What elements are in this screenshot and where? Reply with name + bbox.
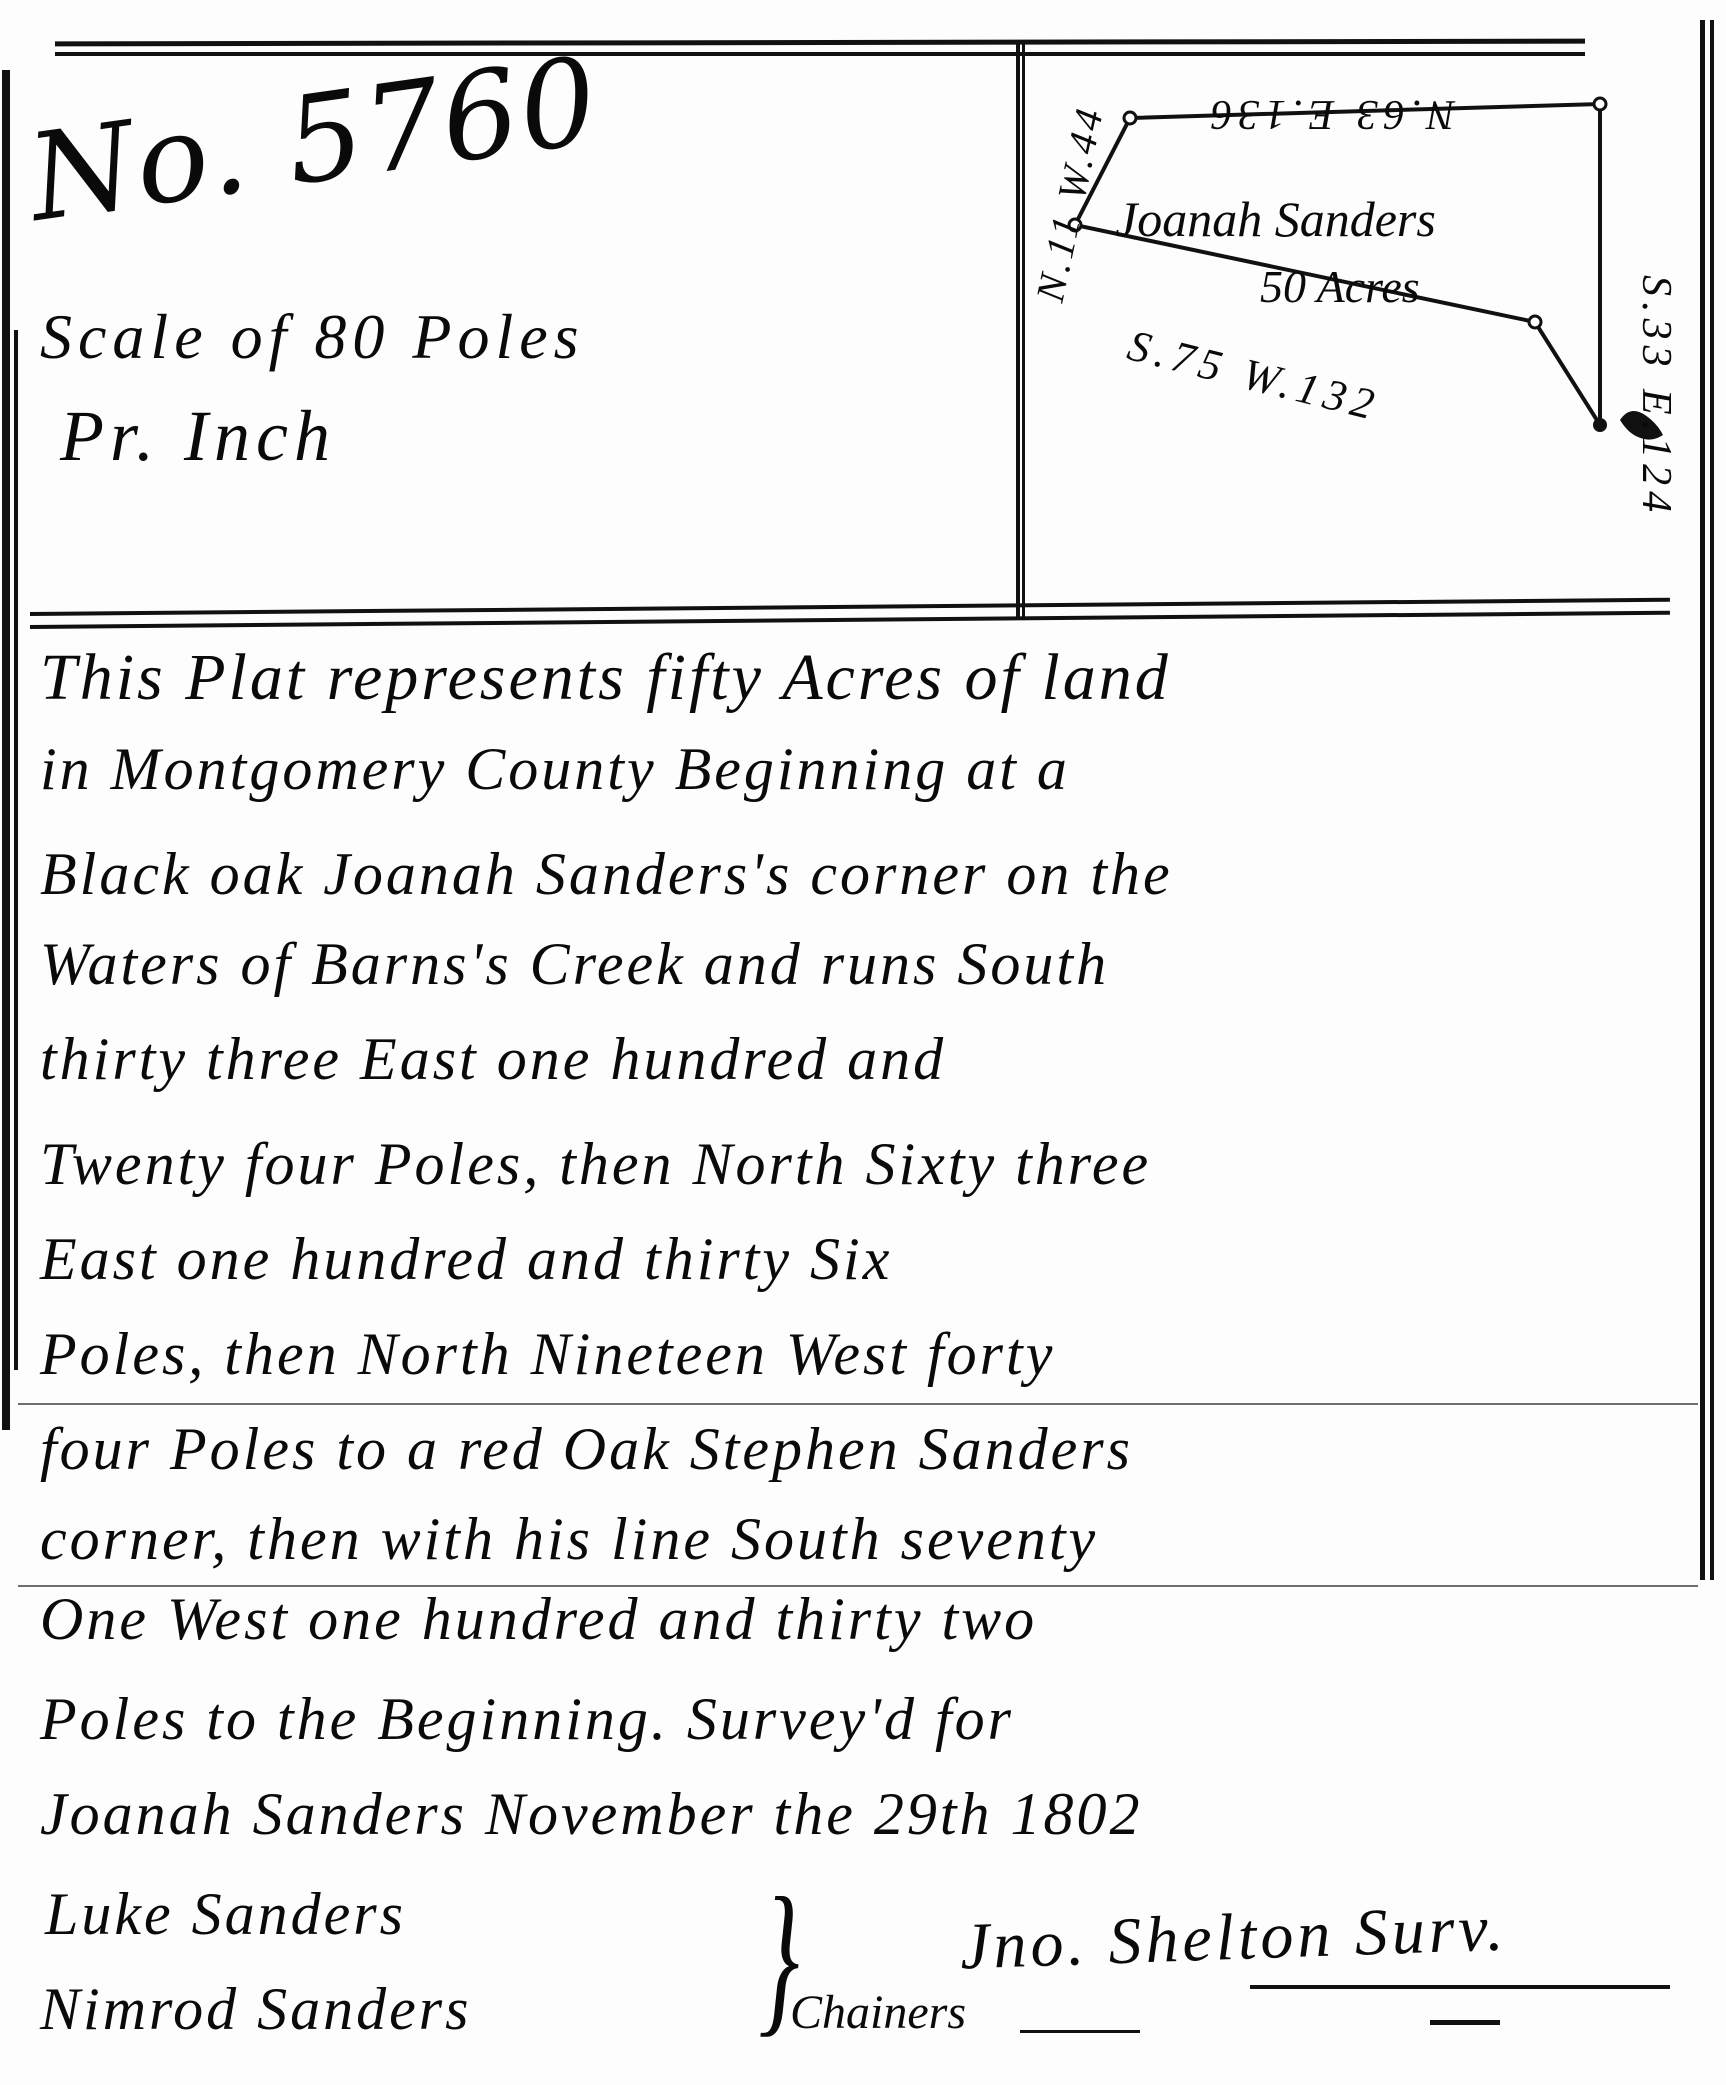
corner-marker-icon bbox=[1529, 316, 1541, 328]
faint-ruled-line bbox=[18, 1403, 1698, 1405]
right-border-rule bbox=[1700, 20, 1705, 1580]
ink-mark bbox=[1430, 2020, 1500, 2025]
scale-line-1: Scale of 80 Poles bbox=[40, 300, 585, 374]
description-line: four Poles to a red Oak Stephen Sanders bbox=[40, 1415, 1133, 1484]
corner-marker-icon bbox=[1124, 112, 1136, 124]
description-line: Joanah Sanders November the 29th 1802 bbox=[40, 1780, 1143, 1849]
description-line: Black oak Joanah Sanders's corner on the bbox=[40, 840, 1173, 909]
surveyor-signature-underline bbox=[1250, 1985, 1670, 1989]
survey-number: No. 5760 bbox=[21, 32, 608, 249]
description-line: This Plat represents fifty Acres of land bbox=[40, 640, 1171, 716]
chain-carriers-role: Chainers bbox=[790, 1985, 966, 2040]
plat-owner-name: Joanah Sanders bbox=[1115, 190, 1436, 248]
description-line: One West one hundred and thirty two bbox=[40, 1585, 1037, 1654]
top-border-rule-inner bbox=[55, 52, 1585, 56]
plat-call-right: S.33 E.124 bbox=[1632, 275, 1680, 518]
survey-plat-page: No. 5760 Scale of 80 Poles Pr. Inch Joan… bbox=[0, 0, 1726, 2085]
plat-acreage: 50 Acres bbox=[1260, 260, 1420, 313]
description-line: Twenty four Poles, then North Sixty thre… bbox=[40, 1130, 1151, 1199]
header-divider-rule bbox=[1016, 40, 1020, 620]
corner-marker-icon bbox=[1594, 98, 1606, 110]
header-divider-rule-inner bbox=[1022, 40, 1025, 620]
description-line: East one hundred and thirty Six bbox=[40, 1225, 892, 1294]
description-line: Poles to the Beginning. Survey'd for bbox=[40, 1685, 1014, 1754]
description-line: in Montgomery County Beginning at a bbox=[40, 735, 1070, 804]
left-border-rule-inner bbox=[14, 330, 18, 1370]
scale-line-2: Pr. Inch bbox=[60, 395, 336, 478]
description-line: thirty three East one hundred and bbox=[40, 1025, 946, 1094]
description-line: Waters of Barns's Creek and runs South bbox=[40, 930, 1109, 999]
left-border-rule bbox=[2, 70, 10, 1430]
right-border-rule-inner bbox=[1710, 20, 1714, 1580]
surveyor-signature: Jno. Shelton Surv. bbox=[959, 1890, 1509, 1985]
chain-carrier-signature-2: Nimrod Sanders bbox=[40, 1975, 471, 2044]
plat-call-top: N.63 E.136 bbox=[1205, 90, 1455, 138]
beginning-corner-icon bbox=[1593, 418, 1607, 432]
plat-diagram: Joanah Sanders 50 Acres N.63 E.136 N.11 … bbox=[1030, 60, 1700, 620]
description-line: corner, then with his line South seventy bbox=[40, 1505, 1098, 1574]
chain-carrier-signature-1: Luke Sanders bbox=[45, 1880, 406, 1949]
top-border-rule bbox=[55, 39, 1585, 47]
ink-mark bbox=[1020, 2030, 1140, 2033]
description-line: Poles, then North Nineteen West forty bbox=[40, 1320, 1055, 1389]
